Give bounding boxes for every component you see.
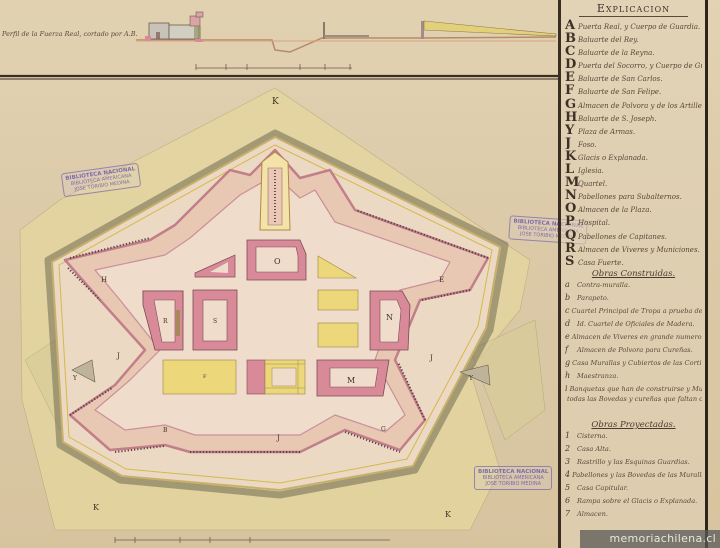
svg-text:R: R bbox=[163, 318, 168, 325]
svg-text:N: N bbox=[386, 313, 393, 322]
legend-item: OAlmacen de la Plaza. bbox=[565, 201, 702, 214]
svg-text:J: J bbox=[429, 354, 433, 362]
legend-sub-item: cCuartel Principal de Tropa a prueba de … bbox=[565, 306, 702, 319]
legend-item: BBaluarte del Rey. bbox=[565, 31, 702, 44]
section-a-items: aContra-muralla. bParapeto. cCuartel Pri… bbox=[565, 280, 702, 406]
legend-sub-item: 5Casa Capitular. bbox=[565, 483, 702, 496]
section-a-title: Obras Construidas. bbox=[565, 269, 702, 279]
legend-sub-item: 4Pabellones y las Bovedas de las Muralla… bbox=[565, 470, 702, 483]
legend-item: EBaluarte de San Carlos. bbox=[565, 70, 702, 83]
svg-text:K: K bbox=[93, 503, 100, 512]
legend-item: QPabellones de Capitanes. bbox=[565, 228, 702, 241]
legend-sub-item: eAlmacen de Viveres en grande numero. bbox=[565, 332, 702, 345]
legend-item: JFoso. bbox=[565, 136, 702, 149]
legend-items: APuerta Real, y Cuerpo de Guardia. BBalu… bbox=[565, 18, 702, 267]
legend-sub-item: bParapeto. bbox=[565, 293, 702, 306]
svg-text:O: O bbox=[274, 257, 281, 266]
building-m: M bbox=[317, 360, 389, 396]
legend-item: CBaluarte de la Reyna. bbox=[565, 44, 702, 57]
legend-item: GAlmacen de Polvora y de los Artilleros. bbox=[565, 97, 702, 110]
legend-item: LIglesia. bbox=[565, 162, 702, 175]
svg-text:G: G bbox=[381, 426, 386, 433]
svg-text:H: H bbox=[101, 276, 107, 284]
library-stamp: BIBLIOTECA NACIONAL BIBLIOTECA AMERICANA… bbox=[474, 466, 552, 490]
legend-item: NPabellones para Subalternos. bbox=[565, 188, 702, 201]
svg-text:J: J bbox=[116, 352, 120, 360]
legend-sub-item: 6Rampa sobre el Glacis o Explanada. bbox=[565, 496, 702, 509]
legend-sub-item: 3Rastrillo y las Esquinas Guardias. bbox=[565, 457, 702, 470]
legend-item: MQuartel. bbox=[565, 175, 702, 188]
legend-sub-item: aContra-muralla. bbox=[565, 280, 702, 293]
legend-item: PHospital. bbox=[565, 214, 702, 227]
watermark-text: memoriachilena.cl bbox=[609, 532, 716, 545]
svg-text:J: J bbox=[276, 434, 280, 442]
cross-section-profile bbox=[0, 0, 558, 79]
building-n: N bbox=[370, 291, 410, 350]
legend-item: KGlacis o Explanada. bbox=[565, 149, 702, 162]
legend-sub-item: dId. Cuartel de Oficiales de Madera. bbox=[565, 319, 702, 332]
scale-bar-bottom bbox=[115, 537, 390, 543]
watermark-bar: memoriachilena.cl bbox=[580, 530, 720, 548]
legend-sub-item: hMaestranza. bbox=[565, 371, 702, 384]
section-b-items: 1Cisterna. 2Casa Alta. 3Rastrillo y las … bbox=[565, 431, 702, 522]
svg-text:B: B bbox=[163, 427, 168, 434]
svg-text:K: K bbox=[445, 510, 452, 519]
legend-sub-item: 2Casa Alta. bbox=[565, 444, 702, 457]
legend-title: Explicacion bbox=[579, 2, 688, 17]
legend-sub-item: 1Cisterna. bbox=[565, 431, 702, 444]
svg-text:E: E bbox=[439, 276, 444, 284]
legend-item: YPlaza de Armas. bbox=[565, 123, 702, 136]
svg-text:K: K bbox=[272, 97, 279, 107]
legend-item: DPuerta del Socorro, y Cuerpo de Guardia… bbox=[565, 57, 702, 70]
legend-item: FBaluarte de San Felipe. bbox=[565, 83, 702, 96]
legend-sub-item: 7Almacen. bbox=[565, 509, 702, 522]
legend-item: SCasa Fuerte. bbox=[565, 254, 702, 267]
section-caption: Perfil de la Fuerza Real, cortado por A.… bbox=[2, 30, 138, 38]
legend-sub-item: todas las Bovedas y cureñas que faltan c… bbox=[565, 395, 702, 406]
section-b-title: Obras Proyectadas. bbox=[565, 420, 702, 430]
building-o: O bbox=[247, 240, 306, 280]
legend-sub-item: iBanquetas que han de construirse y Mura… bbox=[565, 384, 702, 395]
legend-sub-item: fAlmacen de Polvora para Cureñas. bbox=[565, 345, 702, 358]
svg-text:F: F bbox=[203, 374, 207, 380]
legend-panel: Explicacion APuerta Real, y Cuerpo de Gu… bbox=[558, 0, 708, 548]
legend-sub-item: gCasa Murallas y Cubiertos de las Cortin… bbox=[565, 358, 702, 371]
svg-text:M: M bbox=[347, 376, 355, 385]
legend-item: RAlmacen de Viveres y Municiones. bbox=[565, 241, 702, 254]
svg-text:S: S bbox=[213, 318, 217, 325]
legend-item: APuerta Real, y Cuerpo de Guardia. bbox=[565, 18, 702, 31]
legend-item: HBaluarte de S. Joseph. bbox=[565, 110, 702, 123]
